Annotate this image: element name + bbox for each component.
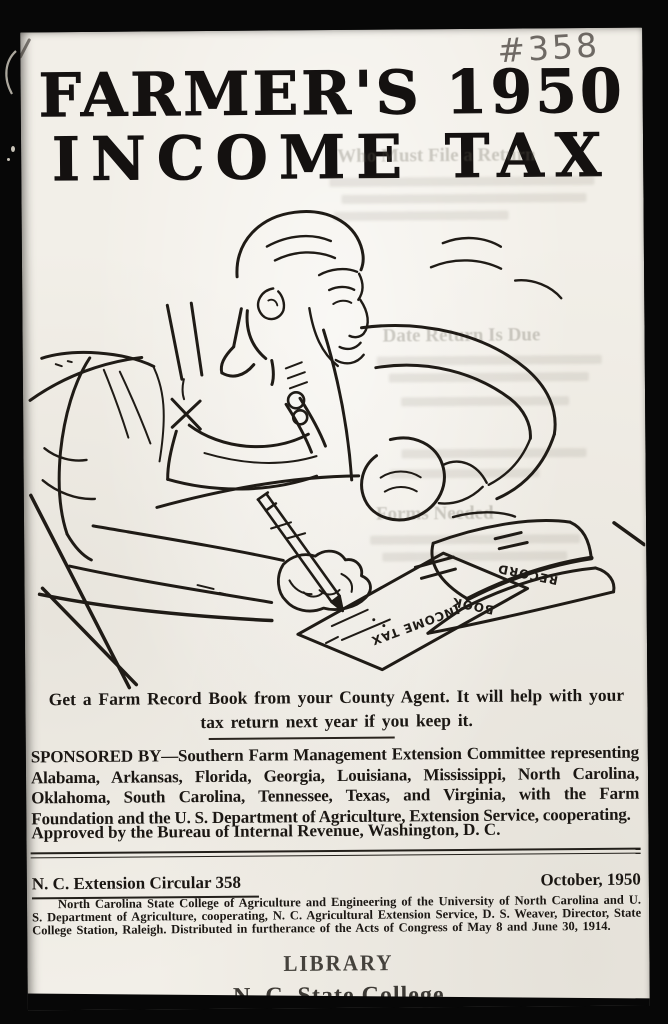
right-arm: [360, 237, 563, 520]
scan-speck: [7, 158, 10, 161]
farmer-head: [220, 211, 368, 425]
document-page: #358 FARMER'S 1950 INCOME TAX Who Must F…: [20, 28, 650, 1011]
scan-speck: [11, 146, 15, 152]
scan-frame: #358 FARMER'S 1950 INCOME TAX Who Must F…: [0, 0, 668, 1024]
caption: Get a Farm Record Book from your County …: [39, 683, 633, 736]
bleedthrough-heading: Who Must File a Return: [337, 144, 536, 168]
writing-arm: [42, 446, 359, 604]
farmer-illustration: INCOME TAX BOOK RECORD: [22, 186, 646, 691]
